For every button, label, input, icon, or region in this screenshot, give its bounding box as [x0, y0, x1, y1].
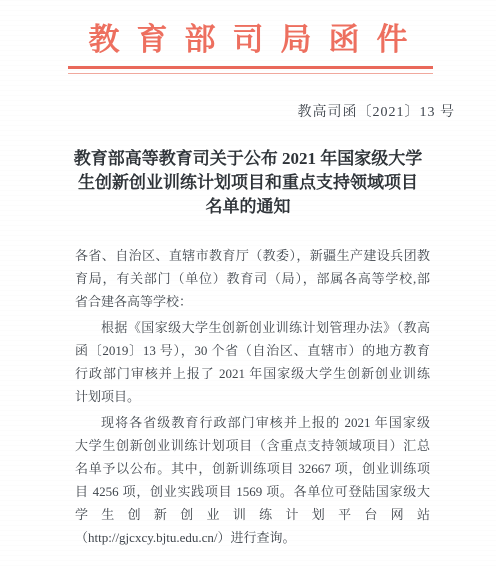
notice-title-line-3: 名单的通知	[0, 195, 496, 219]
body-line: 省合建各高等学校：	[75, 290, 430, 313]
addressee-paragraph: 各省、自治区、直辖市教育厅（教委），新疆生产建设兵团教 育局，有关部门（单位）教…	[75, 244, 430, 313]
announcement-paragraph: 现将各省级教育行政部门审核并上报的 2021 年国家级 大学生创新创业训练计划项…	[75, 411, 430, 549]
body-line: 大学生创新创业训练计划项目（含重点支持领域项目）汇总	[75, 434, 430, 457]
notice-title: 教育部高等教育司关于公布 2021 年国家级大学 生创新创业训练计划项目和重点支…	[0, 147, 496, 219]
notice-title-line-2: 生创新创业训练计划项目和重点支持领域项目	[0, 171, 496, 195]
body-line: 根据《国家级大学生创新创业训练计划管理办法》（教高	[75, 316, 430, 339]
basis-paragraph: 根据《国家级大学生创新创业训练计划管理办法》（教高 函〔2019〕13 号），3…	[75, 316, 430, 408]
body-line: 名单予以公布。其中，创新训练项目 32667 项，创业训练项	[75, 457, 430, 480]
letterhead-rule	[68, 66, 433, 74]
letterhead-title: 教育部司局函件	[0, 18, 496, 62]
document-page: 教育部司局函件 教高司函〔2021〕13 号 教育部高等教育司关于公布 2021…	[0, 0, 496, 567]
body-line: 学生创新创业训练计划平台网站	[75, 503, 430, 526]
body-line: 育局，有关部门（单位）教育司（局），部属各高等学校,部	[75, 267, 430, 290]
body-line: 现将各省级教育行政部门审核并上报的 2021 年国家级	[75, 411, 430, 434]
body-line-url: （http://gjcxcy.bjtu.edu.cn/）进行查询。	[75, 526, 430, 549]
body-line: 各省、自治区、直辖市教育厅（教委），新疆生产建设兵团教	[75, 244, 430, 267]
body-line: 行政部门审核并上报了 2021 年国家级大学生创新创业训练	[75, 362, 430, 385]
notice-title-line-1: 教育部高等教育司关于公布 2021 年国家级大学	[0, 147, 496, 171]
body-line: 目 4256 项，创业实践项目 1569 项。各单位可登陆国家级大	[75, 480, 430, 503]
body-line: 函〔2019〕13 号），30 个省（自治区、直辖市）的地方教育	[75, 339, 430, 362]
body-line: 计划项目。	[75, 385, 430, 408]
notice-body: 各省、自治区、直辖市教育厅（教委），新疆生产建设兵团教 育局，有关部门（单位）教…	[75, 244, 430, 549]
document-number: 教高司函〔2021〕13 号	[0, 104, 455, 122]
